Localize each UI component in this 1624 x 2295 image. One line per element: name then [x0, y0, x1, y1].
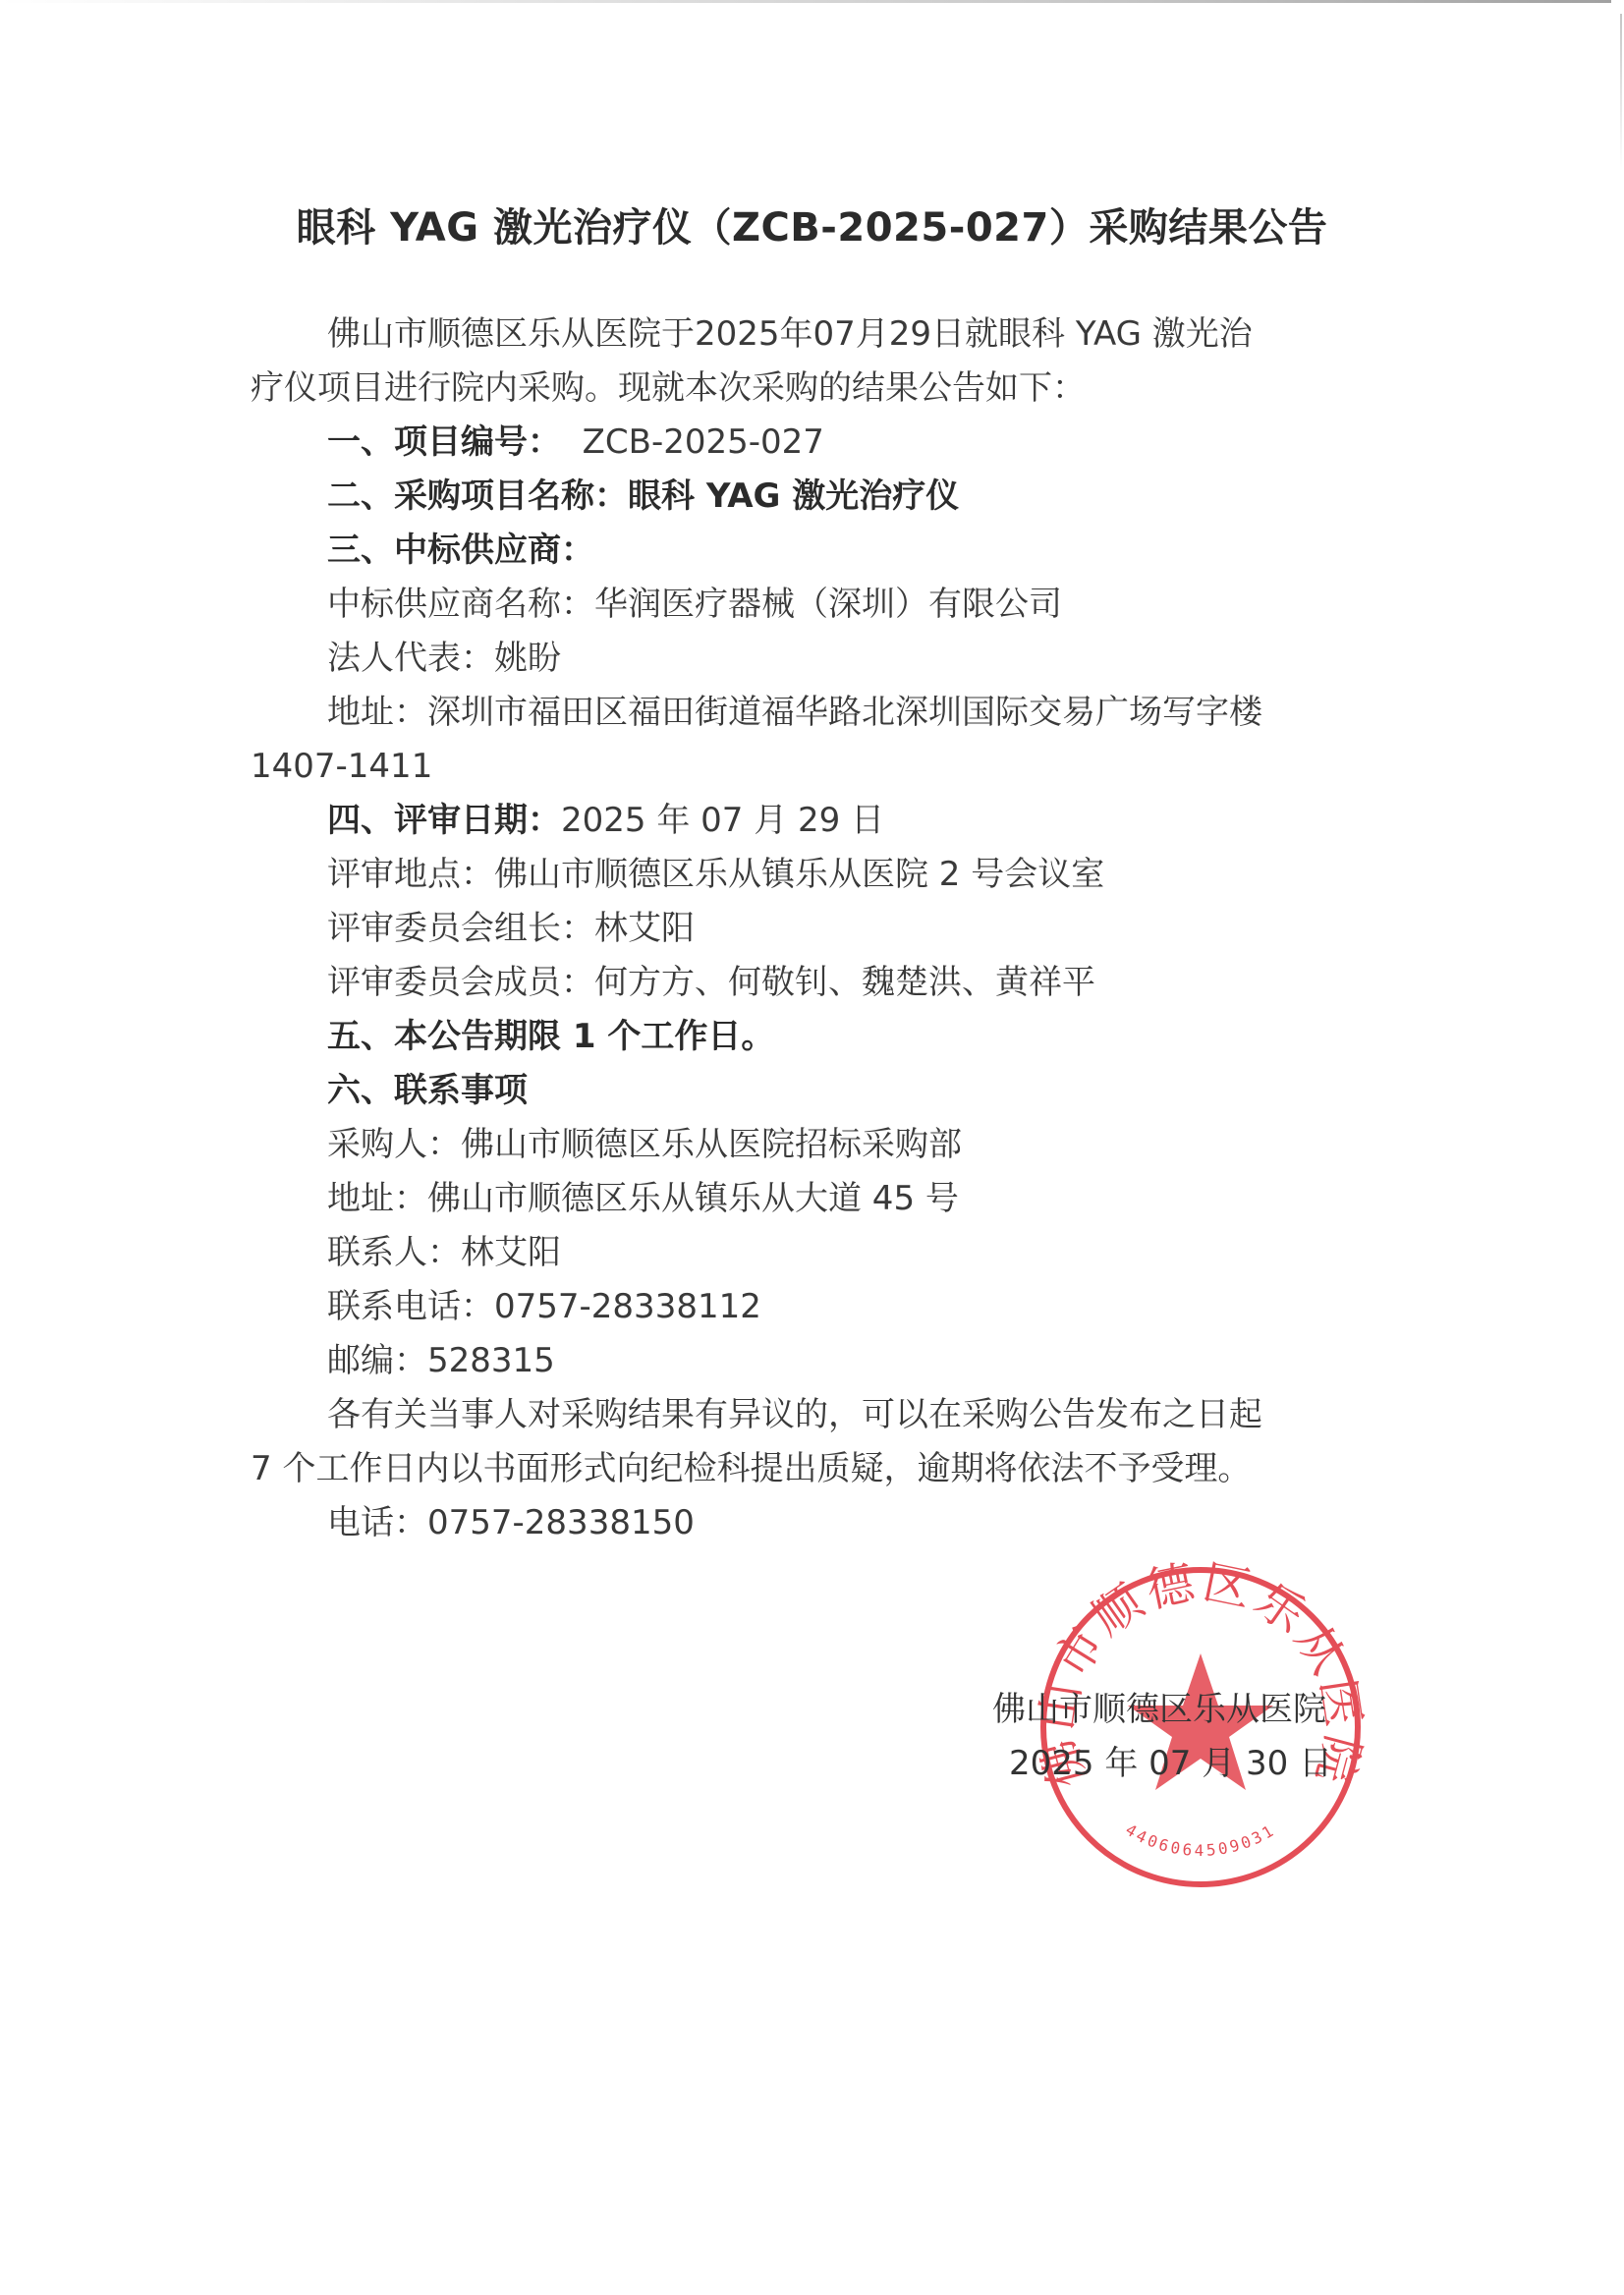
review-date-value: 2025 年 07 月 29 日 — [561, 801, 884, 840]
objection-line-1: 各有关当事人对采购结果有异议的，可以在采购公告发布之日起 — [327, 1395, 1262, 1434]
scan-edge — [1620, 14, 1622, 171]
scan-edge — [0, 0, 1611, 3]
signature-date: 2025 年 07 月 30 日 — [1009, 1744, 1332, 1783]
review-location: 评审地点：佛山市顺德区乐从镇乐从医院 2 号会议室 — [327, 855, 1104, 894]
section-project-name: 二、采购项目名称：眼科 YAG 激光治疗仪 — [327, 476, 959, 516]
objection-line-2: 7 个工作日内以书面形式向纪检科提出质疑，逾期将依法不予受理。 — [251, 1449, 1251, 1488]
section-supplier-heading: 三、中标供应商： — [327, 531, 594, 570]
objection-phone: 电话：0757-28338150 — [327, 1503, 695, 1542]
project-number-value: ZCB-2025-027 — [561, 422, 824, 462]
review-committee-leader: 评审委员会组长：林艾阳 — [327, 909, 695, 948]
review-committee-members: 评审委员会成员：何方方、何敬钊、魏楚洪、黄祥平 — [327, 963, 1095, 1002]
legal-representative: 法人代表：姚盼 — [327, 639, 561, 678]
postcode: 邮编：528315 — [327, 1341, 555, 1380]
section-label: 一、项目编号： — [327, 422, 561, 462]
intro-line-2: 疗仪项目进行院内采购。现就本次采购的结果公告如下： — [251, 368, 1086, 408]
supplier-address-line-2: 1407-1411 — [251, 747, 432, 786]
supplier-address-line-1: 地址：深圳市福田区福田街道福华路北深圳国际交易广场写字楼 — [327, 693, 1262, 732]
purchaser-address: 地址：佛山市顺德区乐从镇乐从大道 45 号 — [327, 1179, 959, 1218]
signature-organization: 佛山市顺德区乐从医院 — [992, 1690, 1326, 1729]
section-contact-heading: 六、联系事项 — [327, 1071, 528, 1110]
purchaser: 采购人：佛山市顺德区乐从医院招标采购部 — [327, 1125, 962, 1164]
intro-line-1: 佛山市顺德区乐从医院于2025年07月29日就眼科 YAG 激光治 — [327, 314, 1253, 354]
section-project-number: 一、项目编号： ZCB-2025-027 — [327, 422, 824, 462]
section-review-date: 四、评审日期：2025 年 07 月 29 日 — [327, 801, 884, 840]
section-label: 四、评审日期： — [327, 801, 561, 840]
page-title: 眼科 YAG 激光治疗仪（ZCB-2025-027）采购结果公告 — [0, 196, 1624, 252]
contact-person: 联系人：林艾阳 — [327, 1233, 561, 1272]
supplier-name: 中标供应商名称：华润医疗器械（深圳）有限公司 — [327, 585, 1062, 624]
stamp-code: 4406064509031 — [1122, 1820, 1278, 1860]
contact-phone: 联系电话：0757-28338112 — [327, 1287, 761, 1326]
section-notice-period: 五、本公告期限 1 个工作日。 — [327, 1017, 774, 1056]
